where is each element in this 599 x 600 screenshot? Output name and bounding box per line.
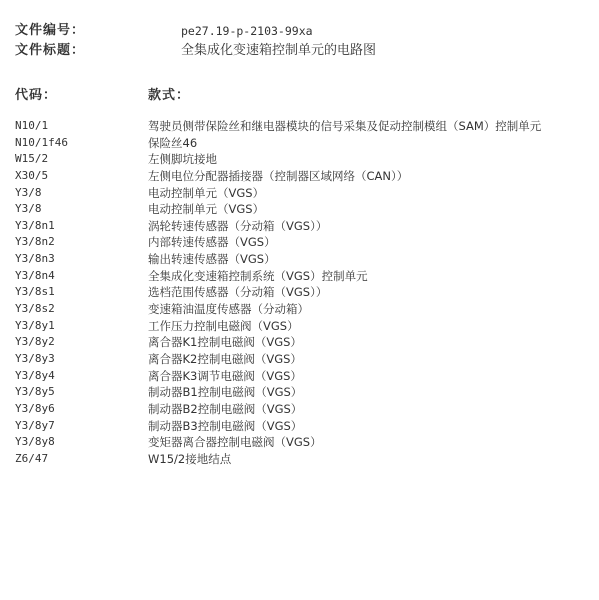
part-code: Y3/8y3 — [15, 351, 55, 368]
part-code: Y3/8n3 — [15, 251, 55, 268]
table-row: X30/5左侧电位分配器插接器（控制器区域网络（CAN）） — [15, 168, 599, 185]
part-code: Y3/8 — [15, 185, 42, 202]
part-code: N10/1 — [15, 118, 48, 135]
part-description: 保险丝46 — [148, 135, 197, 152]
part-description: 离合器K2控制电磁阀（VGS） — [148, 351, 302, 368]
table-row: Y3/8电动控制单元（VGS） — [15, 185, 599, 202]
code-column-header: 代码： — [15, 87, 57, 105]
part-code: Y3/8y2 — [15, 334, 55, 351]
part-description: W15/2接地结点 — [148, 451, 231, 468]
table-row: Y3/8y5制动器B1控制电磁阀（VGS） — [15, 384, 599, 401]
part-code: W15/2 — [15, 151, 48, 168]
part-code: Y3/8y1 — [15, 318, 55, 335]
part-description: 工作压力控制电磁阀（VGS） — [148, 318, 299, 335]
table-row: W15/2左侧脚坑接地 — [15, 151, 599, 168]
part-code: Y3/8y6 — [15, 401, 55, 418]
part-description: 涡轮转速传感器（分动箱（VGS）） — [148, 218, 327, 235]
table-row: Y3/8y6制动器B2控制电磁阀（VGS） — [15, 401, 599, 418]
table-row: Z6/47W15/2接地结点 — [15, 451, 599, 468]
file-number-value: pe27.19-p-2103-99xa — [181, 22, 313, 40]
part-code: Y3/8y7 — [15, 418, 55, 435]
part-code: Y3/8n4 — [15, 268, 55, 285]
table-row: N10/1驾驶员侧带保险丝和继电器模块的信号采集及促动控制模组（SAM）控制单元 — [15, 118, 599, 135]
part-description: 选档范围传感器（分动箱（VGS）） — [148, 284, 327, 301]
table-header: 代码： 款式： — [15, 87, 585, 105]
part-description: 输出转速传感器（VGS） — [148, 251, 276, 268]
table-row: Y3/8s1选档范围传感器（分动箱（VGS）） — [15, 284, 599, 301]
part-code: Y3/8y5 — [15, 384, 55, 401]
part-code: Y3/8n1 — [15, 218, 55, 235]
table-row: Y3/8y4离合器K3调节电磁阀（VGS） — [15, 368, 599, 385]
part-code: Y3/8n2 — [15, 234, 55, 251]
part-description: 内部转速传感器（VGS） — [148, 234, 276, 251]
part-code: Y3/8y8 — [15, 434, 55, 451]
part-description: 离合器K1控制电磁阀（VGS） — [148, 334, 302, 351]
part-description: 电动控制单元（VGS） — [148, 201, 264, 218]
part-description: 离合器K3调节电磁阀（VGS） — [148, 368, 302, 385]
table-row: Y3/8n1涡轮转速传感器（分动箱（VGS）） — [15, 218, 599, 235]
part-description: 制动器B1控制电磁阀（VGS） — [148, 384, 302, 401]
part-description: 变速箱油温度传感器（分动箱） — [148, 301, 309, 318]
part-code: N10/1f46 — [15, 135, 68, 152]
file-title-label: 文件标题： — [15, 42, 85, 60]
part-code: Y3/8 — [15, 201, 42, 218]
table-row: Y3/8电动控制单元（VGS） — [15, 201, 599, 218]
file-title-value: 全集成化变速箱控制单元的电路图 — [181, 42, 376, 60]
table-row: N10/1f46保险丝46 — [15, 135, 599, 152]
table-row: Y3/8y3离合器K2控制电磁阀（VGS） — [15, 351, 599, 368]
table-row: Y3/8n2内部转速传感器（VGS） — [15, 234, 599, 251]
parts-list: N10/1驾驶员侧带保险丝和继电器模块的信号采集及促动控制模组（SAM）控制单元… — [15, 118, 599, 467]
part-description: 全集成化变速箱控制系统（VGS）控制单元 — [148, 268, 368, 285]
part-description: 制动器B3控制电磁阀（VGS） — [148, 418, 302, 435]
part-description: 制动器B2控制电磁阀（VGS） — [148, 401, 302, 418]
table-row: Y3/8n3输出转速传感器（VGS） — [15, 251, 599, 268]
part-code: Y3/8s1 — [15, 284, 55, 301]
table-row: Y3/8y8变矩器离合器控制电磁阀（VGS） — [15, 434, 599, 451]
part-code: Z6/47 — [15, 451, 48, 468]
part-description: 驾驶员侧带保险丝和继电器模块的信号采集及促动控制模组（SAM）控制单元 — [148, 118, 541, 135]
part-description: 电动控制单元（VGS） — [148, 185, 264, 202]
part-code: Y3/8y4 — [15, 368, 55, 385]
file-number-label: 文件编号： — [15, 22, 85, 40]
table-row: Y3/8s2变速箱油温度传感器（分动箱） — [15, 301, 599, 318]
table-row: Y3/8y1工作压力控制电磁阀（VGS） — [15, 318, 599, 335]
table-row: Y3/8y7制动器B3控制电磁阀（VGS） — [15, 418, 599, 435]
part-description: 左侧电位分配器插接器（控制器区域网络（CAN）） — [148, 168, 408, 185]
part-description: 左侧脚坑接地 — [148, 151, 217, 168]
part-code: Y3/8s2 — [15, 301, 55, 318]
part-description: 变矩器离合器控制电磁阀（VGS） — [148, 434, 322, 451]
table-row: Y3/8y2离合器K1控制电磁阀（VGS） — [15, 334, 599, 351]
table-row: Y3/8n4全集成化变速箱控制系统（VGS）控制单元 — [15, 268, 599, 285]
part-code: X30/5 — [15, 168, 48, 185]
description-column-header: 款式： — [148, 87, 190, 105]
